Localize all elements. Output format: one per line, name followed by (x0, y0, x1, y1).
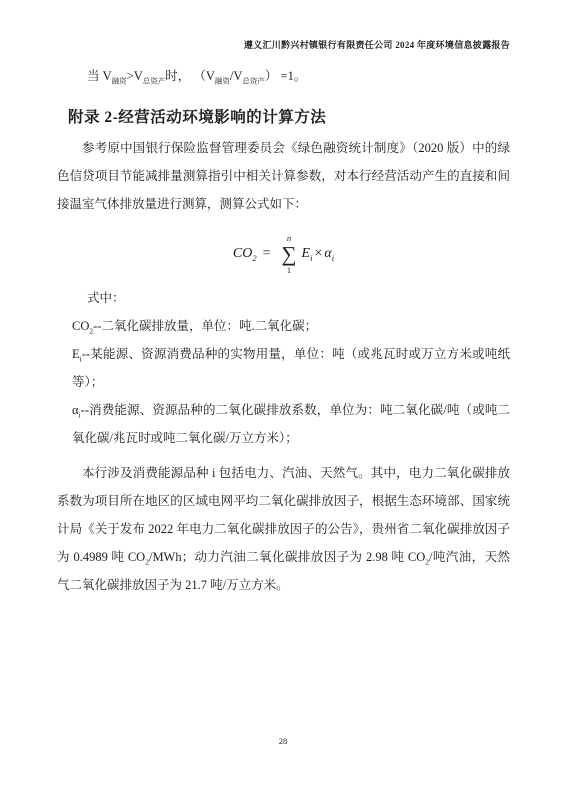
co2-formula: CO2 = n ∑ 1 Ei × αi (57, 228, 510, 280)
where-label: 式中： (57, 284, 510, 312)
page-content: 当 V融资>V总资产时， （V融资/V总资产） =1。 附录 2-经营活动环境影… (57, 64, 510, 599)
formula-lhs: CO2 (233, 246, 257, 263)
summation-symbol: n ∑ 1 (282, 234, 297, 274)
condition-line: 当 V融资>V总资产时， （V融资/V总资产） =1。 (57, 64, 510, 88)
formula-term-alpha: αi (324, 246, 334, 263)
definition-list: CO2--二氧化碳排放量，单位：吨.二氧化碳；Ei--某能源、资源消费品种的实物… (57, 312, 510, 452)
definition-line: CO2--二氧化碳排放量，单位：吨.二氧化碳； (57, 312, 510, 340)
page-number: 28 (0, 736, 566, 746)
page-header: 遵义汇川黔兴村镇银行有限责任公司 2024 年度环境信息披露报告 (244, 38, 510, 51)
multiply-sign: × (314, 246, 322, 262)
equals-sign: = (263, 246, 271, 262)
emission-factor-paragraph: 本行涉及消费能源品种 i 包括电力、汽油、天然气。其中，电力二氧化碳排放系数为项… (57, 459, 510, 599)
definition-line: Ei--某能源、资源消费品种的实物用量，单位：吨（或兆瓦时或万立方米或吨纸等）； (57, 340, 510, 396)
document-page: 遵义汇川黔兴村镇银行有限责任公司 2024 年度环境信息披露报告 当 V融资>V… (0, 0, 566, 800)
formula-term-e: Ei (302, 246, 313, 263)
definition-line: αi--消费能源、资源品种的二氧化碳排放系数，单位为：吨二氧化碳/吨（或吨二氧化… (57, 396, 510, 452)
method-paragraph: 参考原中国银行保险监督管理委员会《绿色融资统计制度》（2020 版）中的绿色信贷… (57, 134, 510, 218)
appendix-heading: 附录 2-经营活动环境影响的计算方法 (57, 105, 510, 127)
